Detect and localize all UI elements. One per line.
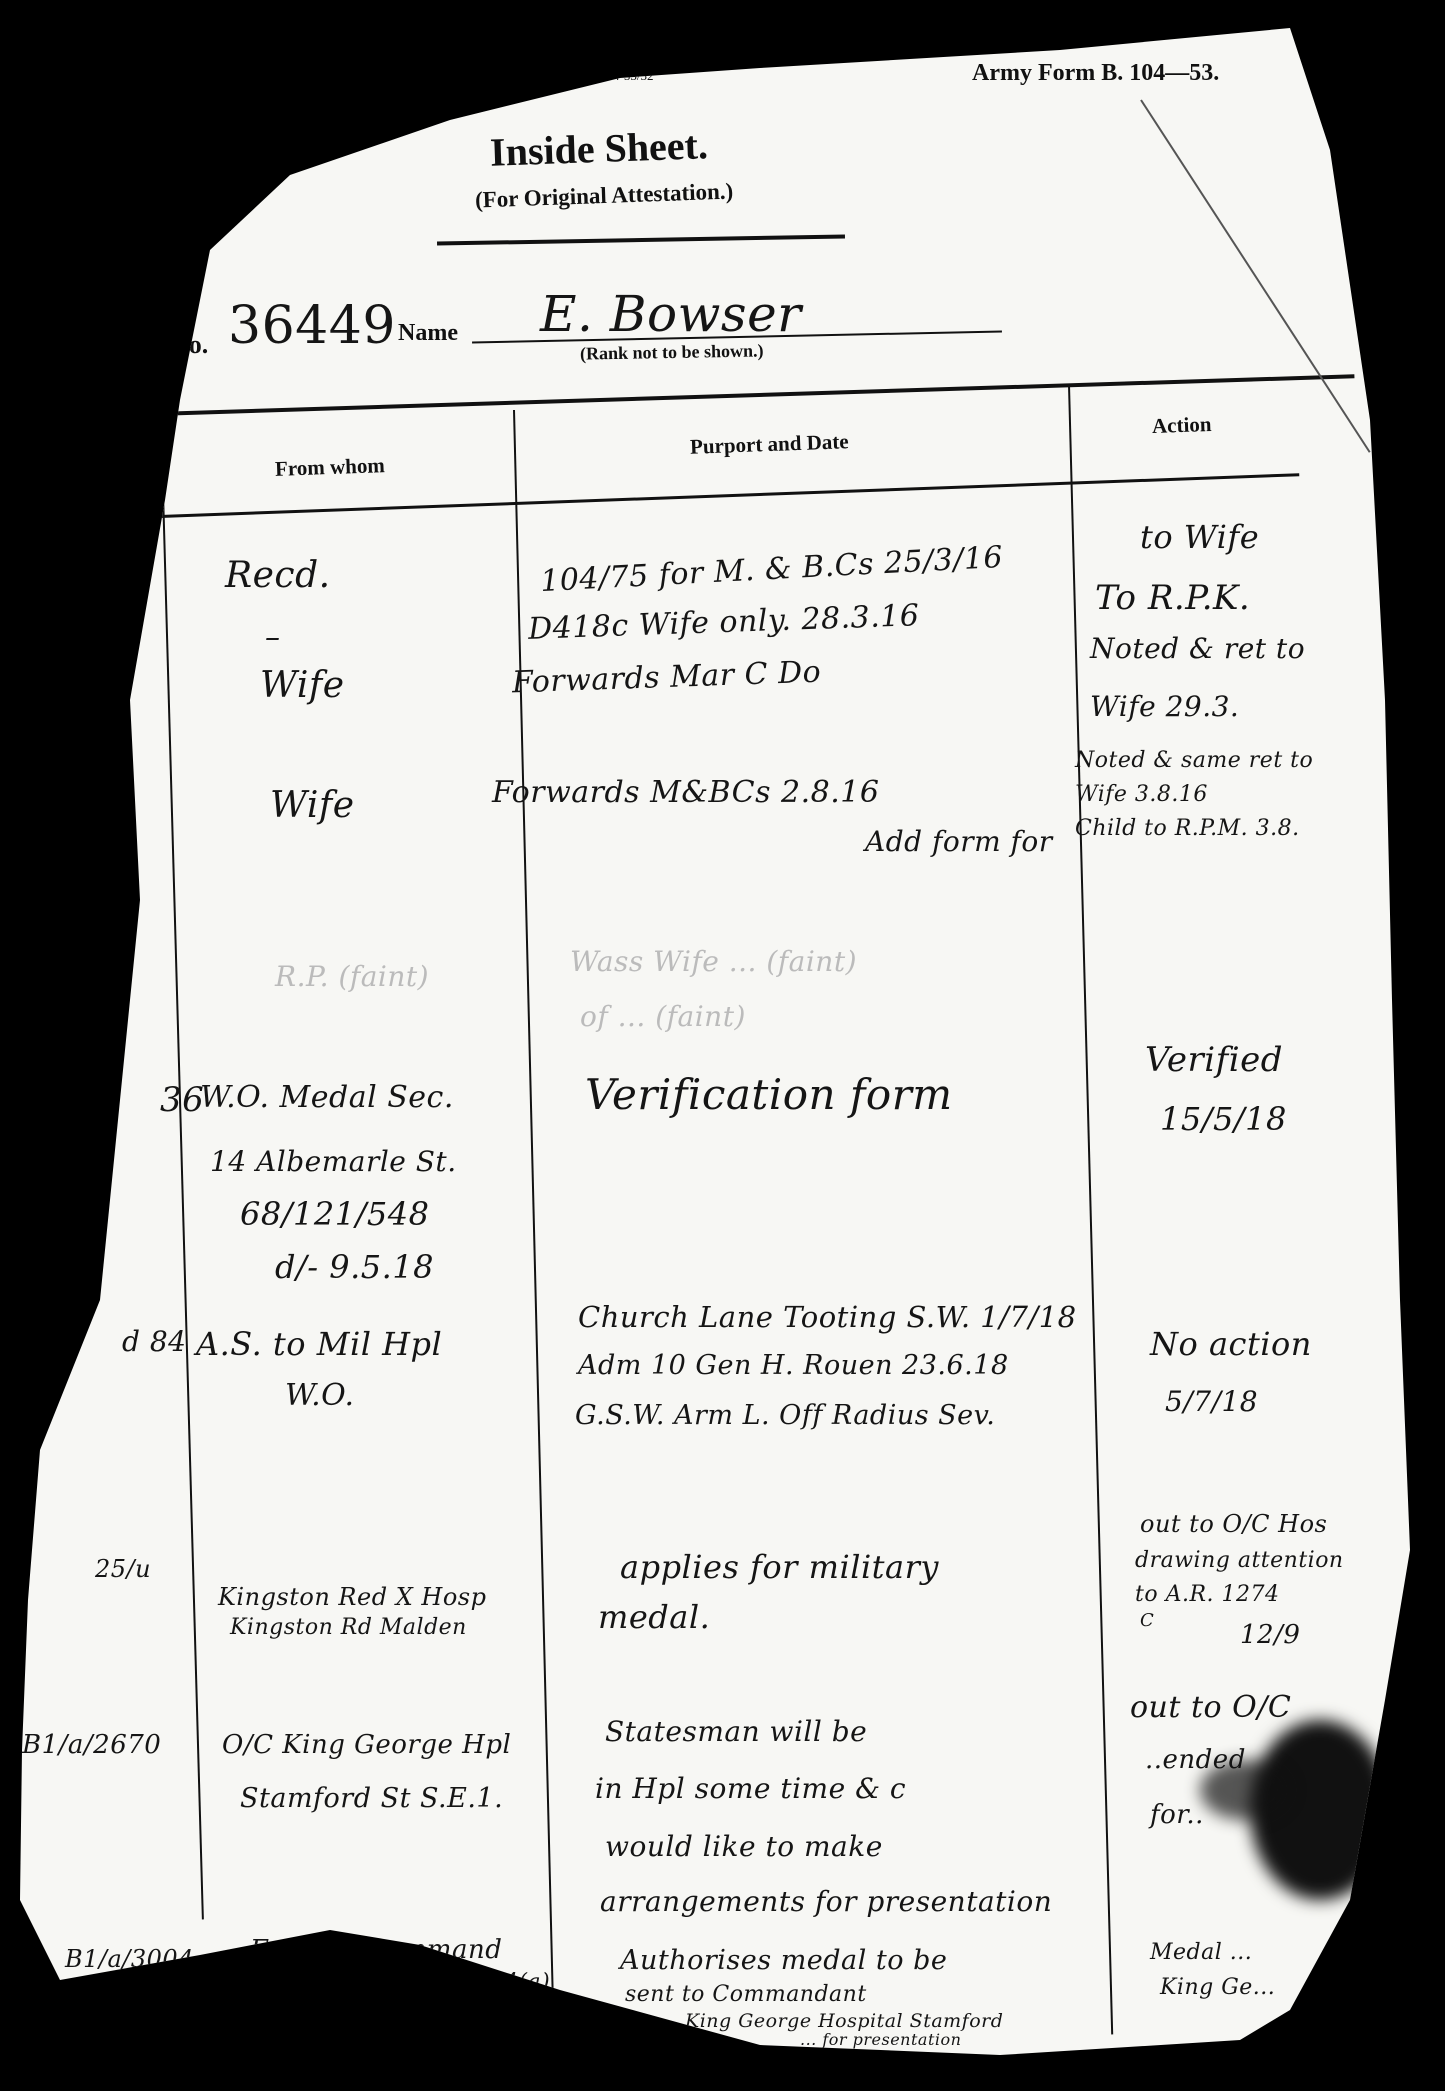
row-action-line-1: Noted & ret to bbox=[1090, 632, 1305, 665]
row-from-whom-line-4: d/- 9.5.18 bbox=[275, 1248, 434, 1286]
row-from-whom-line-1: Eastern Command bbox=[250, 1935, 502, 1965]
row-from-whom-line-2: Stamford St S.E.1. bbox=[240, 1783, 503, 1814]
row-from-whom: Recd. bbox=[225, 555, 331, 596]
row-action-line-2: Wife 29.3. bbox=[1090, 690, 1239, 723]
row-purport-line-3: G.S.W. Arm L. Off Radius Sev. bbox=[575, 1400, 995, 1431]
row-purport: D418c Wife only. 28.3.16 bbox=[528, 598, 920, 647]
row-action-line-3: to A.R. 1274 bbox=[1135, 1582, 1280, 1607]
fold-crease bbox=[1140, 99, 1370, 452]
row-from-whom-line-1: Kingston Red X Hosp bbox=[218, 1583, 486, 1611]
row-action-line-2: King Ge... bbox=[1160, 1975, 1275, 2000]
page-subtitle: (For Original Attestation.) bbox=[475, 179, 734, 214]
row-purport-line-2: Adm 10 Gen H. Rouen 23.6.18 bbox=[578, 1350, 1009, 1381]
title-underline bbox=[437, 234, 845, 245]
number-prefix: No. bbox=[170, 330, 208, 360]
document-sheet: 104-53/32 Army Form B. 104—53. Inside Sh… bbox=[0, 0, 1445, 2091]
row-from-whom-line-2: E.C. 2/5964/4(a) bbox=[360, 1970, 550, 1995]
row-from-whom-line-1: O/C King George Hpl bbox=[222, 1730, 511, 1760]
row-from-whom: – bbox=[265, 620, 281, 655]
row-purport-line-4: arrangements for presentation bbox=[600, 1885, 1052, 1918]
row-action: To R.P.K. bbox=[1095, 578, 1250, 618]
row-purport-line-3: King George Hospital Stamford bbox=[685, 2010, 1003, 2032]
row-action-line-1: Noted & same ret to bbox=[1075, 748, 1313, 773]
row-from-whom: R.P. (faint) bbox=[275, 960, 429, 993]
row-margin-ref: B1/a/2670 bbox=[22, 1730, 161, 1760]
form-code-small: 104-53/32 bbox=[600, 68, 653, 84]
row-action-line-1: out to O/C bbox=[1130, 1690, 1291, 1725]
header-purport-and-date: Purport and Date bbox=[690, 429, 849, 460]
name-note: (Rank not to be shown.) bbox=[580, 340, 764, 364]
row-purport-line-2: sent to Commandant bbox=[625, 1982, 867, 2007]
row-purport-line-4: ... for presentation bbox=[800, 2030, 961, 2049]
row-purport: Forwards Mar C Do bbox=[511, 655, 821, 701]
row-purport: Verification form bbox=[585, 1070, 953, 1119]
row-from-whom: Wife bbox=[260, 665, 345, 706]
row-from-whom-line-3: 24/9/18 bbox=[505, 1998, 578, 2019]
column-rule-left bbox=[160, 420, 204, 1919]
row-purport-line-1: Church Lane Tooting S.W. 1/7/18 bbox=[578, 1300, 1077, 1334]
page-title: Inside Sheet. bbox=[489, 121, 708, 176]
row-purport-line-1: Authorises medal to be bbox=[620, 1945, 947, 1976]
row-purport-line-3: would like to make bbox=[605, 1830, 883, 1863]
row-action-line-1: No action bbox=[1150, 1325, 1312, 1363]
name-label: Name bbox=[398, 320, 458, 347]
row-from-whom-line-2: 14 Albemarle St. bbox=[210, 1145, 457, 1178]
row-purport-line-2: medal. bbox=[598, 1598, 710, 1636]
row-margin-ref: d 84 bbox=[122, 1325, 186, 1358]
row-purport-line-1: Forwards M&BCs 2.8.16 bbox=[492, 775, 879, 810]
row-margin-ref: B1/a/3004 bbox=[65, 1945, 194, 1973]
ink-stain bbox=[1200, 1760, 1290, 1820]
row-action-line-4: C bbox=[1140, 1610, 1154, 1631]
row-action-line-1: Medal ... bbox=[1150, 1940, 1252, 1965]
row-action-line-3: Child to R.P.M. 3.8. bbox=[1075, 816, 1300, 841]
row-purport-line-1: Wass Wife ... (faint) bbox=[570, 945, 857, 978]
row-purport: 104/75 for M. & B.Cs 25/3/16 bbox=[539, 540, 1003, 599]
row-purport-line-2: of ... (faint) bbox=[580, 1000, 746, 1033]
row-from-whom-line-2: Kingston Rd Malden bbox=[230, 1615, 467, 1640]
row-from-whom-line-2: W.O. bbox=[285, 1378, 355, 1413]
row-purport-line-1: Statesman will be bbox=[605, 1715, 867, 1748]
row-from-whom-line-1: W.O. Medal Sec. bbox=[200, 1080, 454, 1115]
header-action: Action bbox=[1152, 412, 1212, 439]
row-action-line-1: out to O/C Hos bbox=[1140, 1510, 1327, 1538]
regimental-number: 36449 bbox=[228, 296, 396, 356]
row-purport-line-1: applies for military bbox=[620, 1548, 939, 1586]
row-purport-line-2: in Hpl some time & c bbox=[595, 1772, 906, 1805]
row-action-line-1: Verified bbox=[1145, 1040, 1283, 1080]
row-action-line-3: for.. bbox=[1150, 1800, 1204, 1830]
row-action-line-2: drawing attention bbox=[1135, 1548, 1344, 1573]
row-action: to Wife bbox=[1140, 518, 1259, 556]
row-from-whom-line-3: 68/121/548 bbox=[240, 1195, 429, 1233]
form-id: Army Form B. 104—53. bbox=[972, 60, 1219, 87]
row-action-line-5: 12/9 bbox=[1240, 1620, 1300, 1650]
row-margin-ref: 36 bbox=[160, 1080, 204, 1120]
row-action-line-2: 15/5/18 bbox=[1160, 1100, 1287, 1138]
column-rule-1 bbox=[513, 410, 555, 2030]
row-action-line-2: Wife 3.8.16 bbox=[1075, 782, 1208, 807]
header-from-whom: From whom bbox=[275, 453, 386, 482]
name-value: E. Bowser bbox=[540, 285, 802, 343]
row-action-line-2: 5/7/18 bbox=[1165, 1385, 1258, 1418]
row-margin-ref: 25/u bbox=[95, 1555, 151, 1583]
table-top-rule bbox=[155, 374, 1355, 416]
row-from-whom-line-1: A.S. to Mil Hpl bbox=[196, 1325, 442, 1363]
row-purport-line-2: Add form for bbox=[865, 825, 1053, 858]
row-from-whom: Wife bbox=[270, 785, 355, 826]
